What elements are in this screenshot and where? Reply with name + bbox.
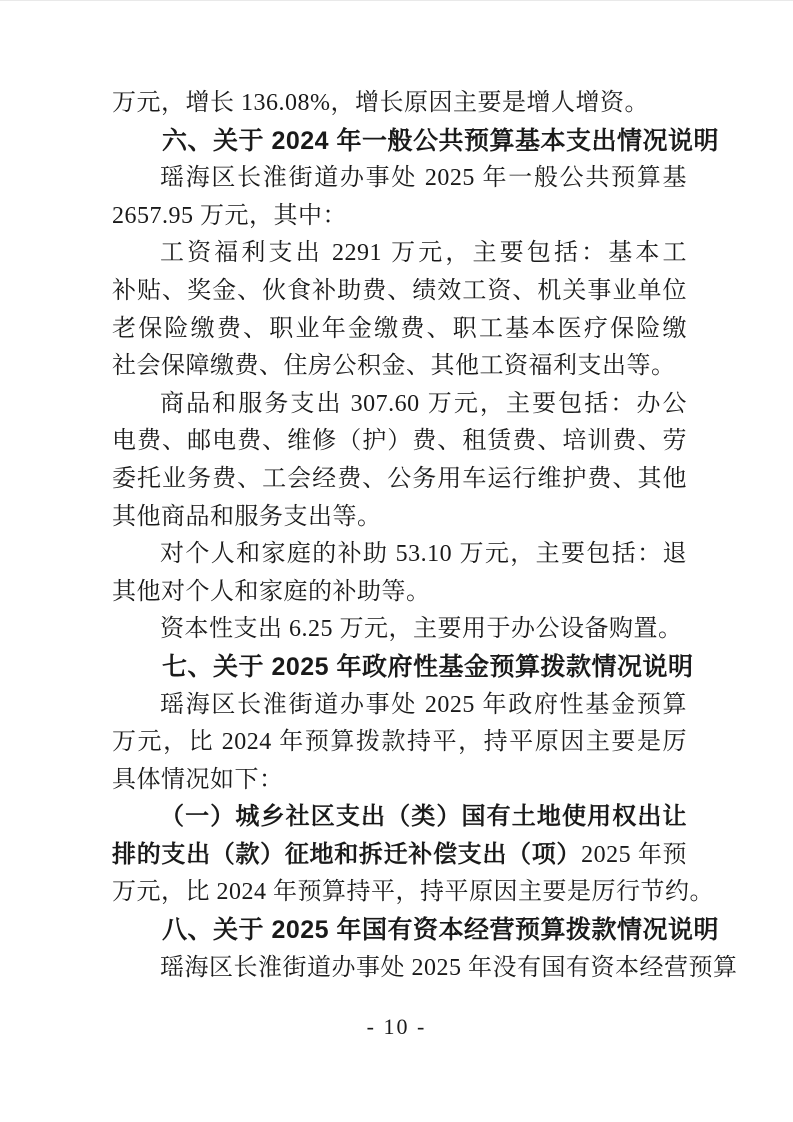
line-carryover-growth: 万元，增长 136.08%，增长原因主要是增人增资。: [112, 85, 687, 123]
para-govfund-line2: 万元，比 2024 年预算拨款持平，持平原因主要是厉行节约。: [112, 724, 687, 762]
para-goods-services-line2: 电费、邮电费、维修（护）费、租赁费、培训费、劳务费、: [112, 423, 687, 461]
para-individual-family-line2: 其他对个人和家庭的补助等。: [112, 574, 687, 612]
para-state-capital-line1: 瑶海区长淮街道办事处 2025 年没有国有资本经营预算: [112, 950, 687, 988]
para-basic-expenditure-line2: 2657.95 万元，其中：: [112, 198, 687, 236]
para-urban-community-line3: 万元，比 2024 年预算持平，持平原因主要是厉行节约。: [112, 874, 687, 912]
urban-community-bold-segment: 排的支出（款）征地和拆迁补偿支出（项）: [112, 842, 581, 868]
para-goods-services-line4: 其他商品和服务支出等。: [112, 499, 687, 537]
document-page: 万元，增长 136.08%，增长原因主要是增人增资。 六、关于 2024 年一般…: [0, 0, 793, 1122]
document-body: 万元，增长 136.08%，增长原因主要是增人增资。 六、关于 2024 年一般…: [112, 85, 687, 987]
para-urban-community-line1: （一）城乡社区支出（类）国有土地使用权出让收入安: [112, 799, 687, 837]
para-goods-services-line1: 商品和服务支出 307.60 万元，主要包括：办公费、水费、: [112, 386, 687, 424]
heading-section-six: 六、关于 2024 年一般公共预算基本支出情况说明: [112, 123, 687, 161]
page-number: - 10 -: [0, 1014, 793, 1040]
para-salary-welfare-line2: 补贴、奖金、伙食补助费、绩效工资、机关事业单位基本养: [112, 273, 687, 311]
para-capital-expenditure: 资本性支出 6.25 万元，主要用于办公设备购置。: [112, 611, 687, 649]
para-urban-community-line2: 排的支出（款）征地和拆迁补偿支出（项）2025 年预算 80: [112, 837, 687, 875]
heading-section-eight: 八、关于 2025 年国有资本经营预算拨款情况说明: [112, 912, 687, 950]
heading-section-seven: 七、关于 2025 年政府性基金预算拨款情况说明: [112, 649, 687, 687]
para-goods-services-line3: 委托业务费、工会经费、公务用车运行维护费、其他交通费、: [112, 461, 687, 499]
para-salary-welfare-line3: 老保险缴费、职业年金缴费、职工基本医疗保险缴费、其他: [112, 311, 687, 349]
para-salary-welfare-line1: 工资福利支出 2291 万元，主要包括：基本工资、津贴: [112, 235, 687, 273]
para-salary-welfare-line4: 社会保障缴费、住房公积金、其他工资福利支出等。: [112, 348, 687, 386]
para-basic-expenditure-line1: 瑶海区长淮街道办事处 2025 年一般公共预算基本支出: [112, 160, 687, 198]
para-individual-family-line1: 对个人和家庭的补助 53.10 万元，主要包括：退休费、: [112, 536, 687, 574]
para-govfund-line1: 瑶海区长淮街道办事处 2025 年政府性基金预算拨款 80: [112, 687, 687, 725]
para-govfund-line3: 具体情况如下：: [112, 762, 687, 800]
